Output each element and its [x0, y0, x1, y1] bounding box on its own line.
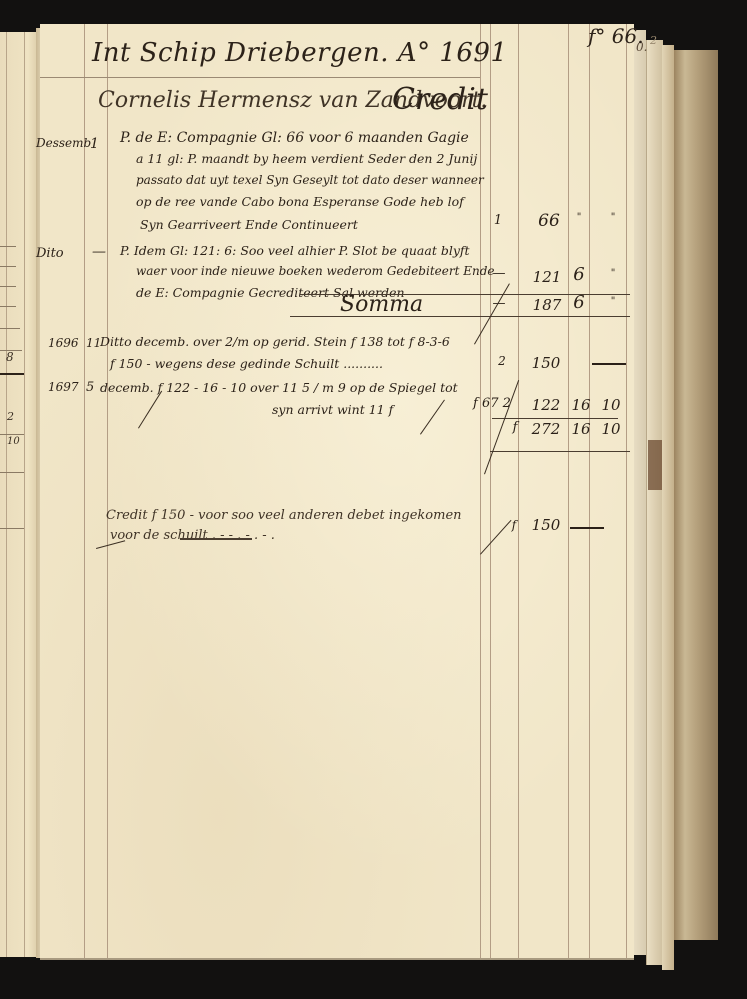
ruling-line [0, 286, 16, 287]
amount-penningen: 10 [600, 396, 622, 414]
entry-line: Ditto decemb. over 2/m op gerid. Stein f… [100, 334, 450, 349]
left-page-figure: 8 [6, 350, 14, 364]
entry-day: 11 [86, 336, 101, 350]
entry-line: waer voor inde nieuwe boeken wederom Ged… [136, 264, 495, 278]
total-guilders: 187 [528, 296, 566, 314]
ruling-line [0, 246, 16, 247]
entry-line: syn arrivt wint 11 f [272, 402, 393, 417]
credit-heading: Credit [392, 82, 488, 117]
entry-day: 5 [86, 380, 94, 395]
folio-number: f° 66. [588, 24, 644, 48]
amount-guilders: 122 [526, 396, 566, 414]
amount-guilders: 121 [528, 268, 566, 286]
ruling-line [480, 24, 481, 958]
ruling-line [589, 24, 590, 958]
page-edge [646, 40, 663, 965]
entry-year: 1697 [48, 380, 79, 394]
amount-dash [592, 363, 626, 365]
ruling-line [24, 32, 25, 957]
ruling-line [0, 306, 16, 307]
ruling-line [84, 24, 85, 958]
amount-guilders: 66 [532, 211, 566, 231]
ruling-line [6, 32, 7, 957]
folio-reference: — [492, 266, 506, 281]
margin-month: Dessemb [36, 136, 91, 150]
ruling-line [0, 266, 16, 267]
margin-day: — [92, 244, 106, 260]
entry-line: passato dat uyt texel Syn Geseylt tot da… [136, 173, 484, 187]
subtotal-rule [492, 418, 618, 419]
entry-year: 1696 [48, 336, 79, 350]
ruling-line [107, 24, 108, 958]
entry-line: Credit f 150 - voor soo veel anderen deb… [106, 508, 462, 523]
amount-penningen: " [606, 268, 620, 279]
heading-rule [40, 77, 480, 78]
amount-stuivers: " [572, 212, 586, 223]
stain [648, 440, 662, 490]
total-stuivers: 6 [570, 292, 588, 313]
somma-label: Somma [340, 292, 423, 317]
amount-dash [570, 527, 604, 529]
total-penningen: " [606, 296, 620, 307]
ruling-line [568, 24, 569, 958]
ruling-line [0, 472, 24, 473]
next-page-tab: 2 [650, 34, 657, 47]
check-stroke [138, 391, 162, 429]
entry-line: voor de schuilt . - - . - . - . [110, 528, 275, 543]
subtotal-penningen: 10 [600, 420, 622, 438]
amount-stuivers: 16 [570, 396, 592, 414]
underline [180, 538, 252, 540]
ruling-line [0, 528, 24, 529]
amount-guilders: 150 [526, 354, 566, 372]
subtotal-stuivers: 16 [570, 420, 592, 438]
amount-stuivers: 6 [570, 264, 588, 285]
ledger-page: f° 66. Int Schip Driebergen. A° 1691 Cor… [40, 24, 634, 960]
margin-day: 1 [90, 136, 99, 152]
ruling-line [518, 24, 519, 958]
folio-reference: f [508, 420, 522, 435]
left-facing-page: 8 2 10 [0, 32, 40, 957]
subtotal-guilders: 272 [526, 420, 566, 438]
ruling-line [626, 24, 627, 958]
entry-line: Syn Gearriveert Ende Continueert [140, 217, 358, 232]
book-fore-edge [674, 50, 718, 940]
total-rule [290, 316, 630, 317]
subtotal-rule [490, 451, 630, 452]
check-stroke [420, 400, 445, 435]
page-title: Int Schip Driebergen. A° 1691 [92, 38, 508, 68]
margin-month: Dito [36, 246, 64, 261]
amount-guilders: 150 [526, 516, 566, 534]
left-page-figure: 2 [7, 410, 14, 423]
entry-line: op de ree vande Cabo bona Esperanse Gode… [136, 194, 464, 209]
ruling-line [490, 24, 491, 958]
amount-penningen: " [606, 212, 620, 223]
entry-line: P. Idem Gl: 121: 6: Soo veel alhier P. S… [120, 243, 470, 258]
left-page-figure: 10 [7, 436, 20, 447]
folio-reference: 2 [492, 354, 512, 368]
entry-line: P. de E: Compagnie Gl: 66 voor 6 maanden… [120, 130, 469, 146]
entry-line: f 150 - wegens dese gedinde Schuilt ....… [110, 356, 383, 371]
page-edge [662, 45, 674, 970]
ruling-line [0, 328, 20, 329]
entry-line: decemb. f 122 - 16 - 10 over 11 5 / m 9 … [100, 380, 458, 395]
ruling-line [0, 373, 24, 375]
check-stroke [480, 520, 512, 555]
ruling-line [0, 434, 24, 435]
page-edge [632, 30, 646, 955]
entry-line: a 11 gl: P. maandt by heem verdient Sede… [136, 151, 477, 166]
folio-reference: 1 [492, 213, 504, 228]
